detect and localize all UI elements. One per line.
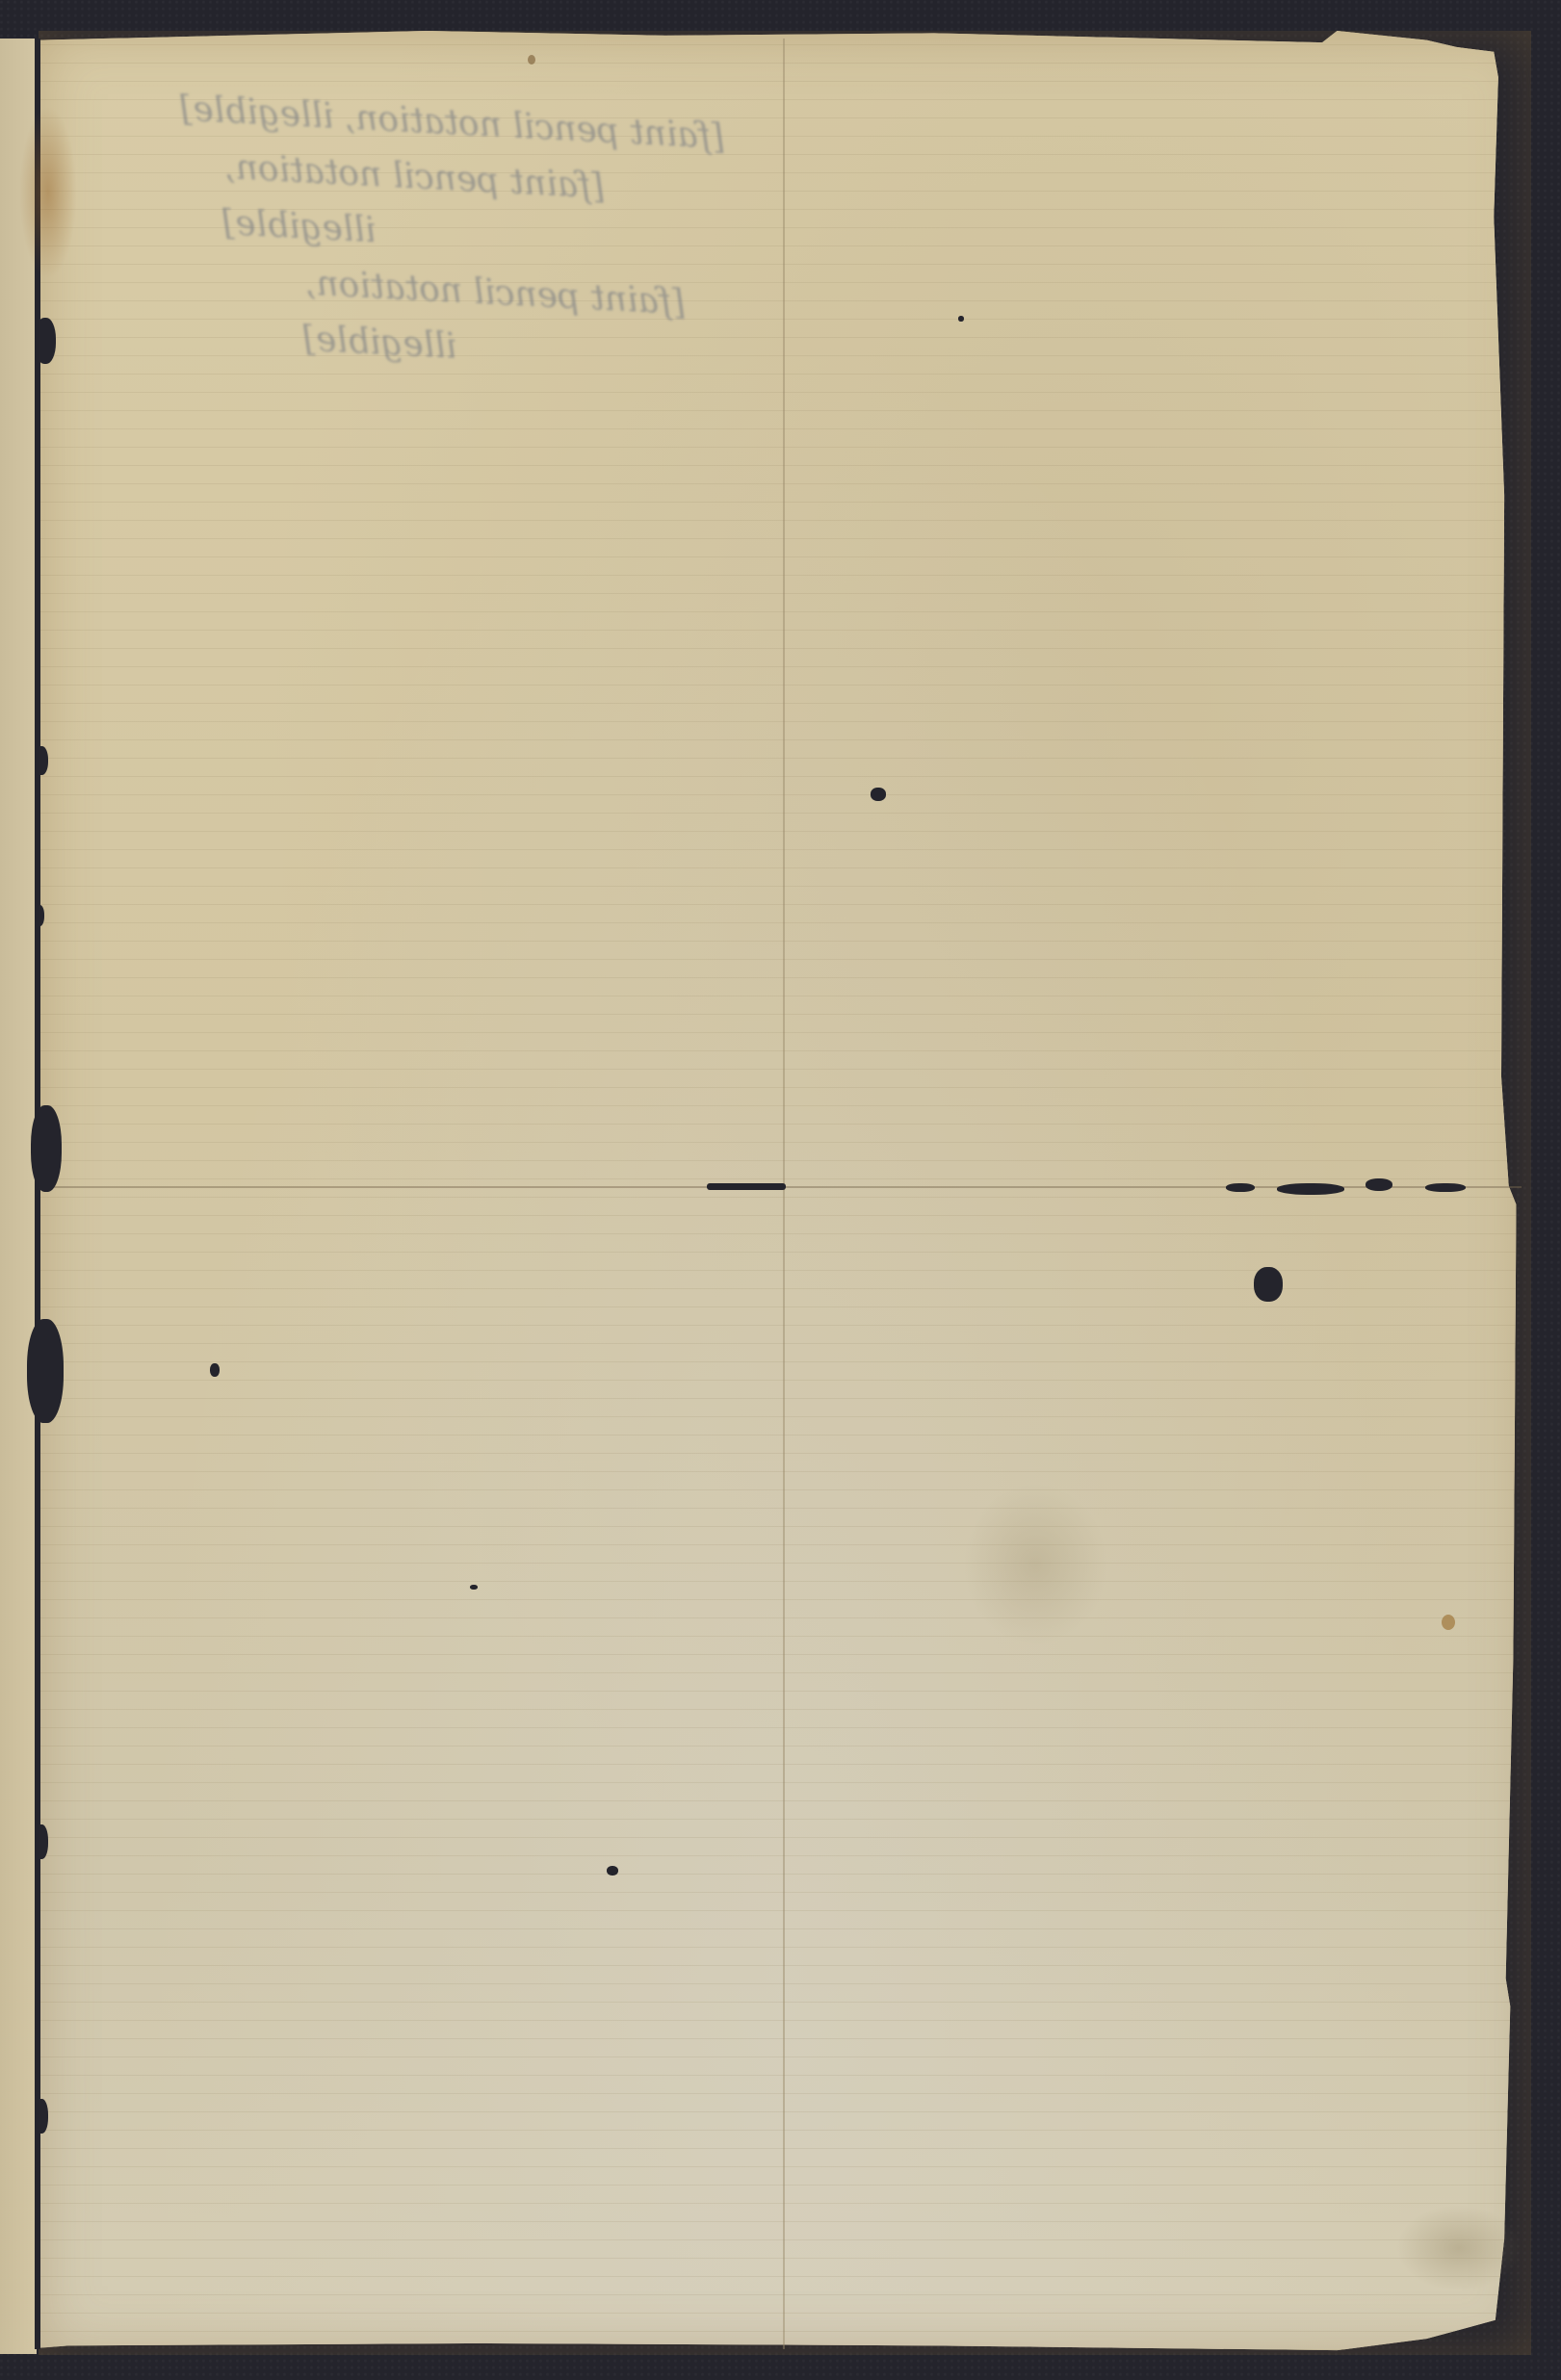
burn-hole <box>35 2099 48 2134</box>
burn-hole <box>1366 1178 1392 1191</box>
burn-hole <box>871 788 886 801</box>
burn-hole <box>1277 1183 1344 1195</box>
burn-hole <box>35 318 56 364</box>
burn-hole <box>35 1824 48 1859</box>
docket-line: [faint pencil notation, illegible] <box>301 256 759 391</box>
burn-hole <box>1425 1183 1466 1192</box>
foxing-spot <box>528 55 535 65</box>
adjacent-page-edge <box>0 39 37 2354</box>
burn-hole <box>210 1363 220 1377</box>
burn-hole <box>35 905 44 926</box>
water-stain <box>1396 2205 1522 2291</box>
binding-edge <box>35 39 40 2349</box>
burn-hole <box>707 1183 786 1190</box>
burn-hole <box>607 1866 618 1876</box>
burn-hole <box>27 1319 64 1423</box>
water-stain <box>963 1483 1107 1646</box>
vertical-fold-line <box>783 39 785 2349</box>
burn-hole <box>35 746 48 775</box>
foxing-spot <box>1442 1615 1455 1630</box>
burn-hole <box>31 1105 62 1192</box>
burn-hole <box>1226 1183 1255 1192</box>
water-stain <box>19 106 77 279</box>
burn-hole <box>958 316 964 322</box>
pencil-docket: [faint pencil notation, illegible] [fain… <box>157 81 767 391</box>
burn-hole <box>1254 1267 1283 1302</box>
burn-hole <box>470 1585 478 1590</box>
